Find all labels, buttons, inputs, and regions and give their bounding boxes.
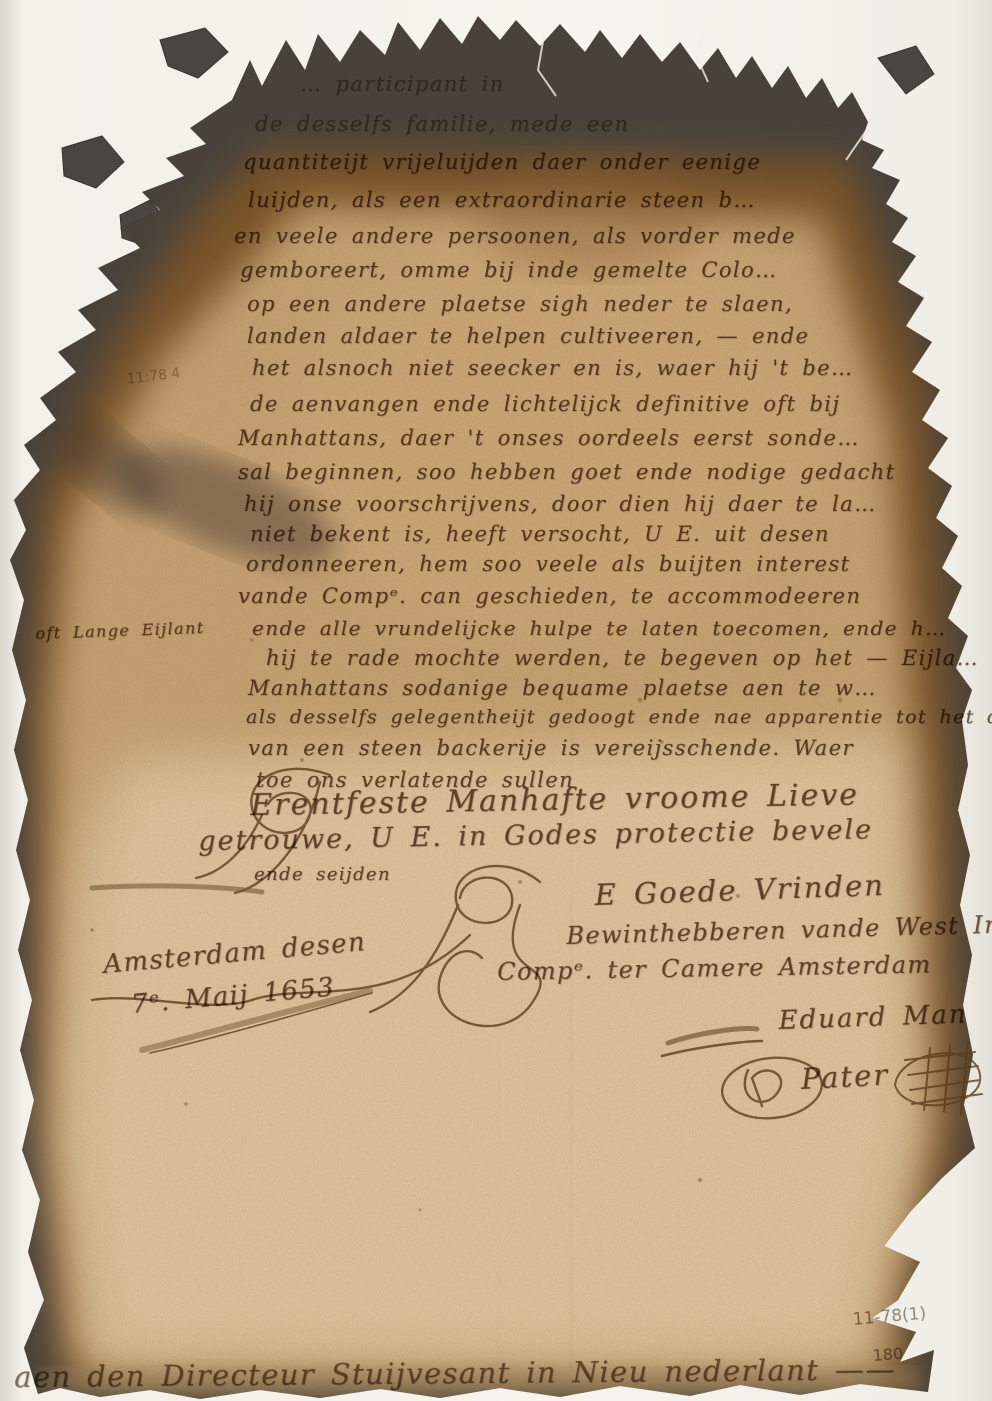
manuscript-line: ende alle vrundelijcke hulpe te laten to… bbox=[252, 616, 946, 640]
pencil-corner-page: 180 bbox=[872, 1344, 904, 1365]
manuscript-line: … participant in bbox=[300, 72, 505, 96]
manuscript-line: luijden, als een extraordinarie steen b… bbox=[248, 188, 756, 212]
manuscript-line: gemboreert, omme bij inde gemelte Colo… bbox=[240, 258, 777, 282]
manuscript-line: Manhattans sodanige bequame plaetse aen … bbox=[248, 676, 877, 700]
manuscript-line: als desselfs gelegentheijt gedoogt ende … bbox=[246, 706, 992, 728]
manuscript-line: ordonneeren, hem soo veele als buijten i… bbox=[246, 552, 850, 576]
manuscript-line: hij onse voorschrijvens, door dien hij d… bbox=[244, 492, 876, 516]
manuscript-line: op een andere plaetse sigh neder te slae… bbox=[247, 292, 793, 316]
signature-paraph: Pater bbox=[800, 1057, 890, 1096]
manuscript-line: het alsnoch niet seecker en is, waer hij… bbox=[252, 356, 853, 380]
manuscript-line: en veele andere persoonen, als vorder me… bbox=[234, 224, 796, 248]
manuscript-line: de aenvangen ende lichtelijck definitive… bbox=[250, 392, 840, 416]
manuscript-line: landen aldaer te helpen cultiveeren, — e… bbox=[247, 324, 809, 348]
manuscript-line: sal beginnen, soo hebben goet ende nodig… bbox=[238, 460, 895, 484]
manuscript-line: Manhattans, daer 't onses oordeels eerst… bbox=[238, 426, 860, 450]
manuscript-line: van een steen backerije is vereijsschend… bbox=[248, 736, 854, 760]
manuscript-line: vande Compᵉ. can geschieden, te accommod… bbox=[238, 584, 861, 608]
manuscript-line: hij te rade mochte werden, te begeven op… bbox=[266, 646, 979, 670]
closing-line: ende seijden bbox=[254, 864, 391, 885]
manuscript-line: quantiteijt vrijeluijden daer onder eeni… bbox=[243, 150, 761, 174]
manuscript-line: niet bekent is, heeft versocht, U E. uit… bbox=[250, 522, 830, 546]
scanned-burned-letter: { "doc": { "main_lines": [ "\u2026 parti… bbox=[0, 0, 992, 1401]
manuscript-line: de desselfs familie, mede een bbox=[255, 112, 629, 136]
